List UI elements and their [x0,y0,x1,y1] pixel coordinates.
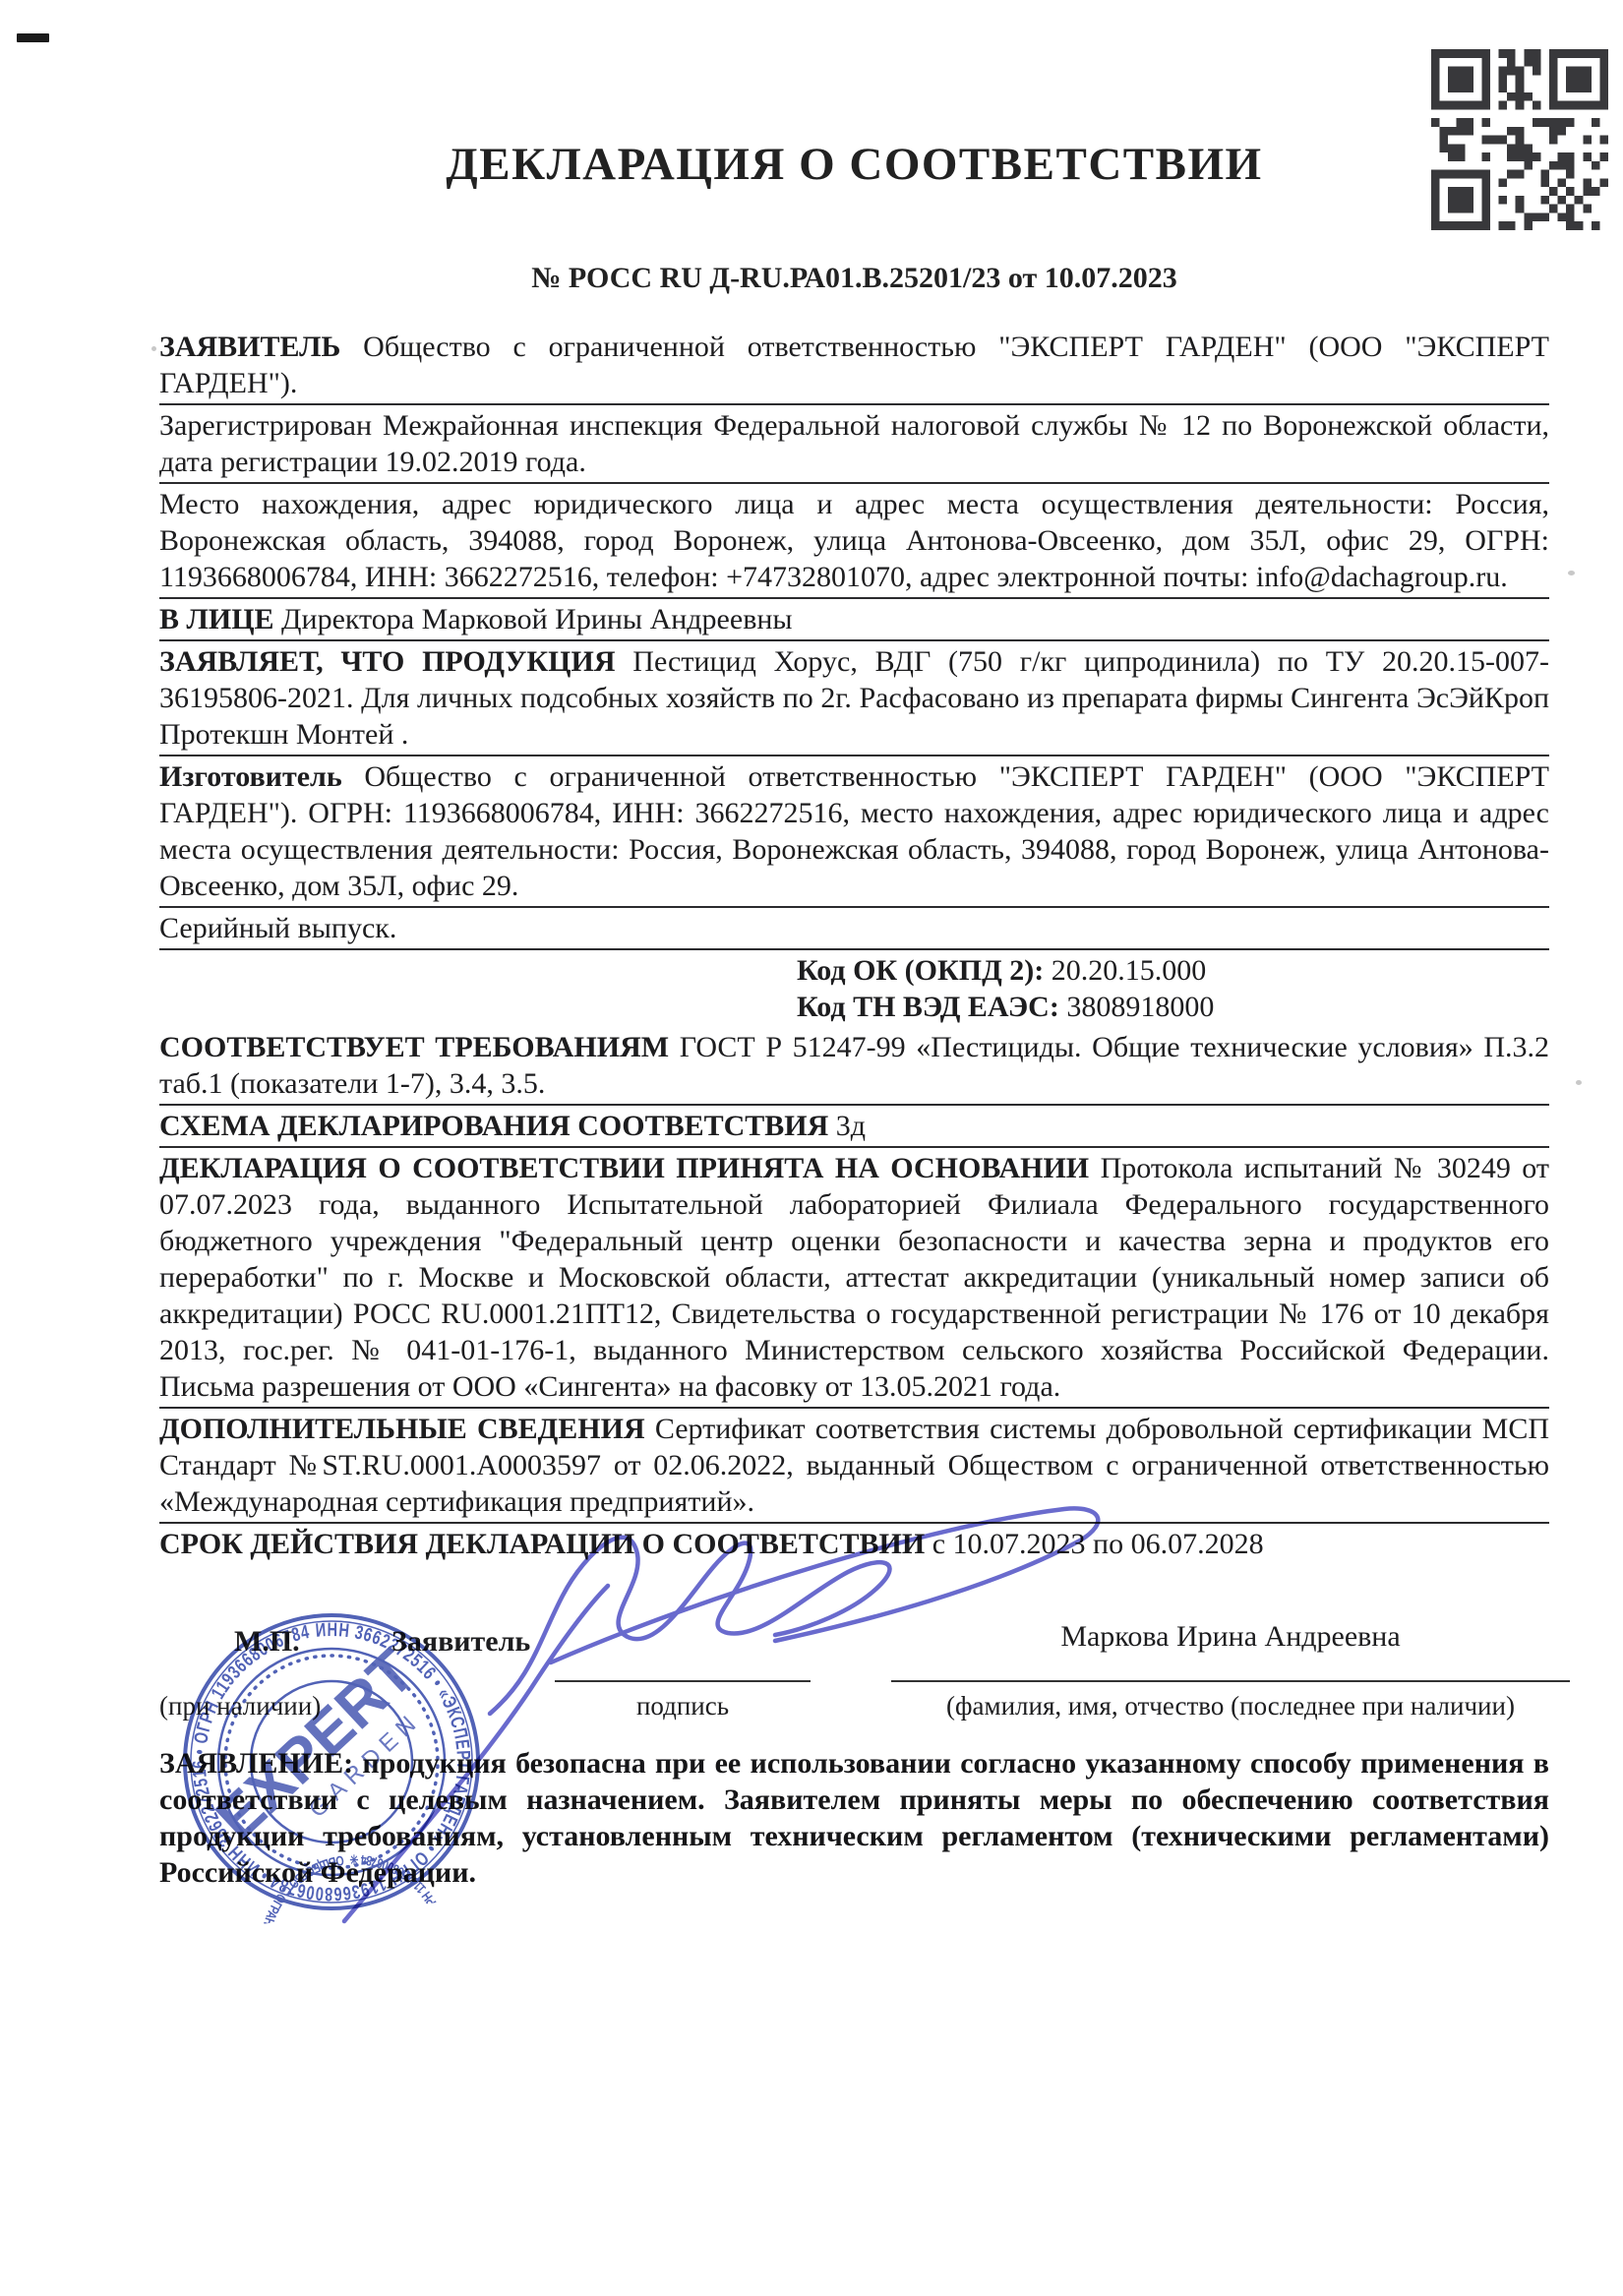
field-text: Зарегистрирован Межрайонная инспекция Фе… [159,409,1549,478]
section-validity: СРОК ДЕЙСТВИЯ ДЕКЛАРАЦИИ О СООТВЕТСТВИИ … [159,1524,1549,1564]
scan-speck [151,346,156,351]
section-registered: Зарегистрирован Межрайонная инспекция Фе… [159,405,1549,484]
signature-caption: подпись [555,1688,811,1724]
section-declarant: ЗАЯВИТЕЛЬ Общество с ограниченной ответс… [159,327,1549,405]
field-label: ЗАЯВИТЕЛЬ [159,331,340,363]
field-label: СХЕМА ДЕКЛАРИРОВАНИЯ СООТВЕТСТВИЯ [159,1110,828,1142]
field-label: ДЕКЛАРАЦИЯ О СООТВЕТСТВИИ ПРИНЯТА НА ОСН… [159,1152,1089,1184]
scan-speck [1576,1080,1582,1085]
section-in-person: В ЛИЦЕ Директора Марковой Ирины Андреевн… [159,599,1549,641]
field-text: с 10.07.2023 по 06.07.2028 [932,1528,1264,1560]
declaration-number: № РОСС RU Д-RU.РА01.В.25201/23 от 10.07.… [159,262,1549,295]
field-text: Протокола испытаний № 30249 от 07.07.202… [159,1152,1549,1403]
section-basis: ДЕКЛАРАЦИЯ О СООТВЕТСТВИИ ПРИНЯТА НА ОСН… [159,1148,1549,1409]
field-value: 20.20.15.000 [1052,954,1207,987]
field-text: Место нахождения, адрес юридического лиц… [159,488,1549,593]
field-text: Общество с ограниченной ответственностью… [159,760,1549,902]
field-label: В ЛИЦЕ [159,603,274,635]
section-complies: СООТВЕТСТВУЕТ ТРЕБОВАНИЯМ ГОСТ Р 51247-9… [159,1027,1549,1106]
section-product: ЗАЯВЛЯЕТ, ЧТО ПРОДУКЦИЯ Пестицид Хорус, … [159,641,1549,756]
field-label: Изготовитель [159,760,342,793]
field-value: 3808918000 [1066,991,1214,1023]
scan-speck [1568,571,1575,575]
company-round-stamp: ИНН 3662272516 • «ЭКСПЕРТ ГАРДЕН» • ОГРН… [161,1592,501,1931]
code-tnved-line: Код ТН ВЭД ЕАЭС: 3808918000 [159,989,1549,1025]
section-serial: Серийный выпуск. [159,908,1549,950]
signature-line [555,1564,811,1682]
scanned-declaration-page: ДЕКЛАРАЦИЯ О СООТВЕТСТВИИ № РОСС RU Д-RU… [0,0,1623,2296]
section-additional: ДОПОЛНИТЕЛЬНЫЕ СВЕДЕНИЯ Сертификат соотв… [159,1409,1549,1524]
page-title: ДЕКЛАРАЦИЯ О СООТВЕТСТВИИ [159,138,1549,191]
field-text: Общество с ограниченной ответственностью… [159,331,1549,399]
field-text: 3д [836,1110,866,1142]
scan-artifact-dash [17,33,49,42]
section-codes: Код ОК (ОКПД 2): 20.20.15.000 Код ТН ВЭД… [159,950,1549,1027]
section-scheme: СХЕМА ДЕКЛАРИРОВАНИЯ СООТВЕТСТВИЯ 3д [159,1106,1549,1148]
section-location: Место нахождения, адрес юридического лиц… [159,484,1549,599]
field-text: Серийный выпуск. [159,912,396,944]
field-label: СРОК ДЕЙСТВИЯ ДЕКЛАРАЦИИ О СООТВЕТСТВИИ [159,1528,925,1560]
field-label: СООТВЕТСТВУЕТ ТРЕБОВАНИЯМ [159,1031,669,1063]
field-text: Директора Марковой Ирины Андреевны [281,603,793,635]
signatory-name: Маркова Ирина Андреевна [891,1618,1570,1655]
field-label: Код ТН ВЭД ЕАЭС: [797,991,1059,1023]
code-okpd-line: Код ОК (ОКПД 2): 20.20.15.000 [159,952,1549,989]
name-caption: (фамилия, имя, отчество (последнее при н… [891,1688,1570,1724]
field-label: ЗАЯВЛЯЕТ, ЧТО ПРОДУКЦИЯ [159,645,616,678]
section-manufacturer: Изготовитель Общество с ограниченной отв… [159,756,1549,908]
field-label: Код ОК (ОКПД 2): [797,954,1044,987]
field-label: ДОПОЛНИТЕЛЬНЫЕ СВЕДЕНИЯ [159,1413,645,1445]
